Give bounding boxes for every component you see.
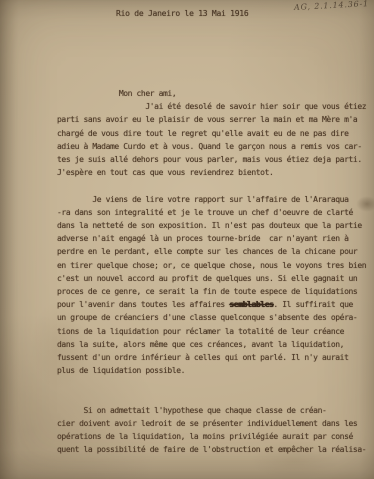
letter-line: en tirer quelque chose; or, ce quelque c… <box>57 259 370 272</box>
letter-line: adverse n'ait engagé là un proces tourne… <box>57 232 370 245</box>
letter-line: c'est un nouvel accord au profit de quel… <box>57 272 370 285</box>
letter-line <box>57 391 370 404</box>
letter-line: dans la netteté de son exposition. Il n'… <box>57 219 370 232</box>
archive-annotation: AG, 2.1.14.36-1 <box>294 0 369 12</box>
letter-line: quent la possibilité de faire de l'obstr… <box>57 443 370 456</box>
letter-line: parti sans avoir eu le plaisir de vous s… <box>57 113 370 126</box>
letter-line: opérations de la liquidation, la moins p… <box>57 430 370 443</box>
letter-line: Si on admettait l'hypothese que chaque c… <box>57 404 370 417</box>
letter-line: fussent d'un ordre inférieur à celles qu… <box>57 351 370 364</box>
letter-line <box>57 179 370 192</box>
letter-line: -ra dans son integralité et je le trouve… <box>57 206 370 219</box>
letter-line: Je viens de lire votre rapport sur l'aff… <box>57 193 370 206</box>
overstruck-word: semblables <box>229 300 273 309</box>
letter-photo: AG, 2.1.14.36-1 Rio de Janeiro le 13 Mai… <box>0 0 374 479</box>
letter-line: tions de la liquidation pour réclamer la… <box>57 325 370 338</box>
letter-line: un groupe de créanciers d'une classe que… <box>57 311 370 324</box>
letter-line: chargé de vous dire tout le regret qu'el… <box>57 127 370 140</box>
letter-line: adieu à Madame Curdo et à vous. Quand le… <box>57 140 370 153</box>
letter-line: J'espère en tout cas que vous reviendrez… <box>57 166 370 179</box>
letter-body: Mon cher ami, J'ai été desolé de savoir … <box>57 87 370 457</box>
letter-line: cier doivent avoir ledroit de se présent… <box>57 417 370 430</box>
letter-line: proces de ce genre, ce serait la fin de … <box>57 285 370 298</box>
dateline: Rio de Janeiro le 13 Mai 1916 <box>116 9 248 18</box>
letter-line: perdre en le perdant, elle compte sur le… <box>57 245 370 258</box>
letter-line: pour l'avenir dans toutes les affaires s… <box>57 298 370 311</box>
letter-line: tes je suis allé dehors pour vous parler… <box>57 153 370 166</box>
letter-line: plus de liquidation possible. <box>57 364 370 377</box>
letter-line: J'ai été desolé de savoir hier soir que … <box>57 100 370 113</box>
letter-line: Mon cher ami, <box>57 87 370 100</box>
letter-line <box>57 377 370 390</box>
letter-line: dans la suite, alors même que ces créanc… <box>57 338 370 351</box>
